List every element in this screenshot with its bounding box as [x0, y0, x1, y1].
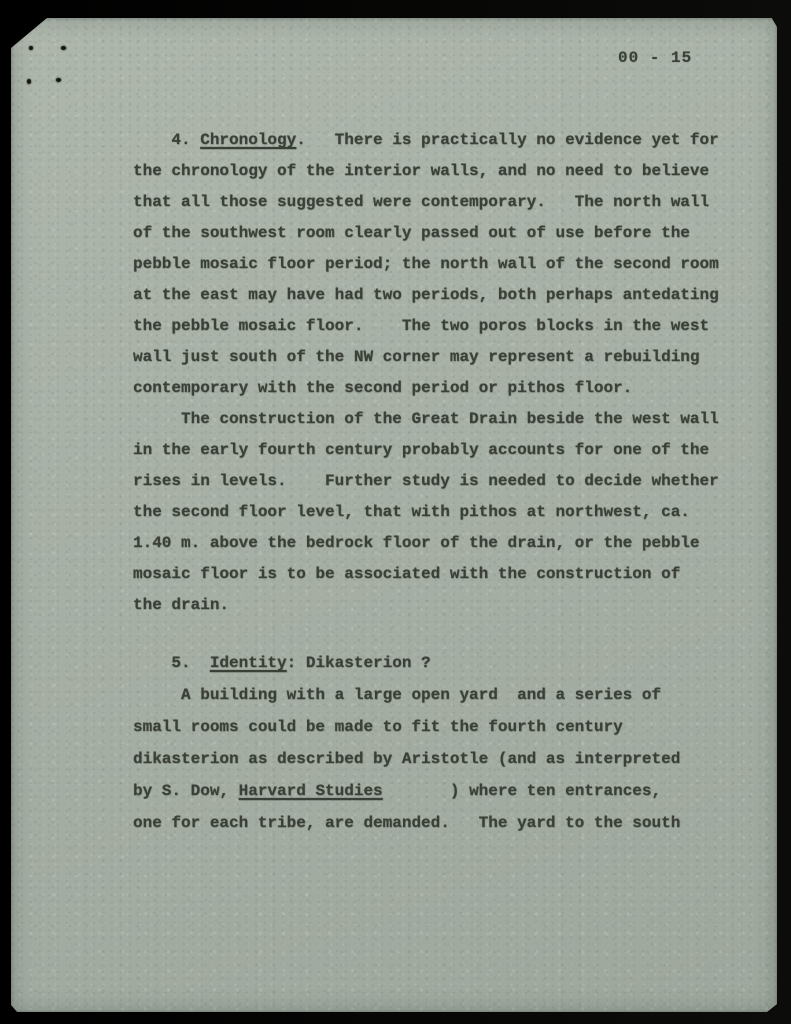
text-line: one for each tribe, are demanded. The ya… — [133, 807, 743, 839]
document-body: 4. Chronology. There is practically no e… — [133, 125, 743, 839]
page: 00 - 15 4. Chronology. There is practica… — [11, 18, 777, 1012]
text-segment: by S. Dow, — [133, 782, 239, 800]
text-line: the second floor level, that with pithos… — [133, 497, 743, 528]
text-line: in the early fourth century probably acc… — [133, 435, 743, 466]
text-segment: small rooms could be made to fit the fou… — [133, 718, 623, 736]
text-line: wall just south of the NW corner may rep… — [133, 342, 743, 373]
text-segment: The construction of the Great Drain besi… — [133, 410, 719, 428]
text-segment: mosaic floor is to be associated with th… — [133, 565, 680, 583]
text-segment: 4. — [133, 131, 200, 149]
text-segment: 5. — [133, 654, 210, 672]
staple-hole — [27, 79, 31, 84]
text-segment: that all those suggested were contempora… — [133, 193, 709, 211]
text-line: dikasterion as described by Aristotle (a… — [133, 743, 743, 775]
text-line: that all those suggested were contempora… — [133, 187, 743, 218]
text-segment: contemporary with the second period or p… — [133, 379, 632, 397]
text-line: 4. Chronology. There is practically no e… — [133, 125, 743, 156]
text-line: 1.40 m. above the bedrock floor of the d… — [133, 528, 743, 559]
text-segment: at the east may have had two periods, bo… — [133, 286, 719, 304]
text-segment: the chronology of the interior walls, an… — [133, 162, 709, 180]
staple-hole — [56, 78, 61, 82]
text-line: small rooms could be made to fit the fou… — [133, 711, 743, 743]
page-number: 00 - 15 — [618, 49, 692, 67]
section-identity: 5. Identity: Dikasterion ? A building wi… — [133, 647, 743, 839]
text-line: rises in levels. Further study is needed… — [133, 466, 743, 497]
text-segment: A building with a large open yard and a … — [133, 686, 661, 704]
text-segment: pebble mosaic floor period; the north wa… — [133, 255, 719, 273]
text-line: the chronology of the interior walls, an… — [133, 156, 743, 187]
text-line: 5. Identity: Dikasterion ? — [133, 647, 743, 679]
staple-hole — [61, 46, 66, 50]
text-line: the drain. — [133, 590, 743, 621]
text-line: contemporary with the second period or p… — [133, 373, 743, 404]
text-segment: rises in levels. Further study is needed… — [133, 472, 719, 490]
text-line: the pebble mosaic floor. The two poros b… — [133, 311, 743, 342]
text-segment: the drain. — [133, 596, 229, 614]
text-line: The construction of the Great Drain besi… — [133, 404, 743, 435]
text-line: by S. Dow, Harvard Studies ) where ten e… — [133, 775, 743, 807]
text-segment: wall just south of the NW corner may rep… — [133, 348, 700, 366]
text-segment: ) where ten entrances, — [383, 782, 661, 800]
text-segment: the pebble mosaic floor. The two poros b… — [133, 317, 709, 335]
text-segment: of the southwest room clearly passed out… — [133, 224, 690, 242]
text-segment: the second floor level, that with pithos… — [133, 503, 690, 521]
text-segment: 1.40 m. above the bedrock floor of the d… — [133, 534, 700, 552]
text-segment: dikasterion as described by Aristotle (a… — [133, 750, 680, 768]
text-line: at the east may have had two periods, bo… — [133, 280, 743, 311]
text-line: pebble mosaic floor period; the north wa… — [133, 249, 743, 280]
text-line: A building with a large open yard and a … — [133, 679, 743, 711]
text-segment: . There is practically no evidence yet f… — [296, 131, 718, 149]
text-line: of the southwest room clearly passed out… — [133, 218, 743, 249]
text-segment: : Dikasterion ? — [287, 654, 431, 672]
underlined-text: Chronology — [200, 131, 296, 149]
text-segment: in the early fourth century probably acc… — [133, 441, 709, 459]
section-chronology: 4. Chronology. There is practically no e… — [133, 125, 743, 621]
scan-backdrop: 00 - 15 4. Chronology. There is practica… — [0, 0, 791, 1024]
underlined-text: Harvard Studies — [239, 782, 383, 800]
text-line: mosaic floor is to be associated with th… — [133, 559, 743, 590]
underlined-text: Identity — [210, 654, 287, 672]
staple-hole — [29, 46, 33, 50]
text-segment: one for each tribe, are demanded. The ya… — [133, 814, 680, 832]
